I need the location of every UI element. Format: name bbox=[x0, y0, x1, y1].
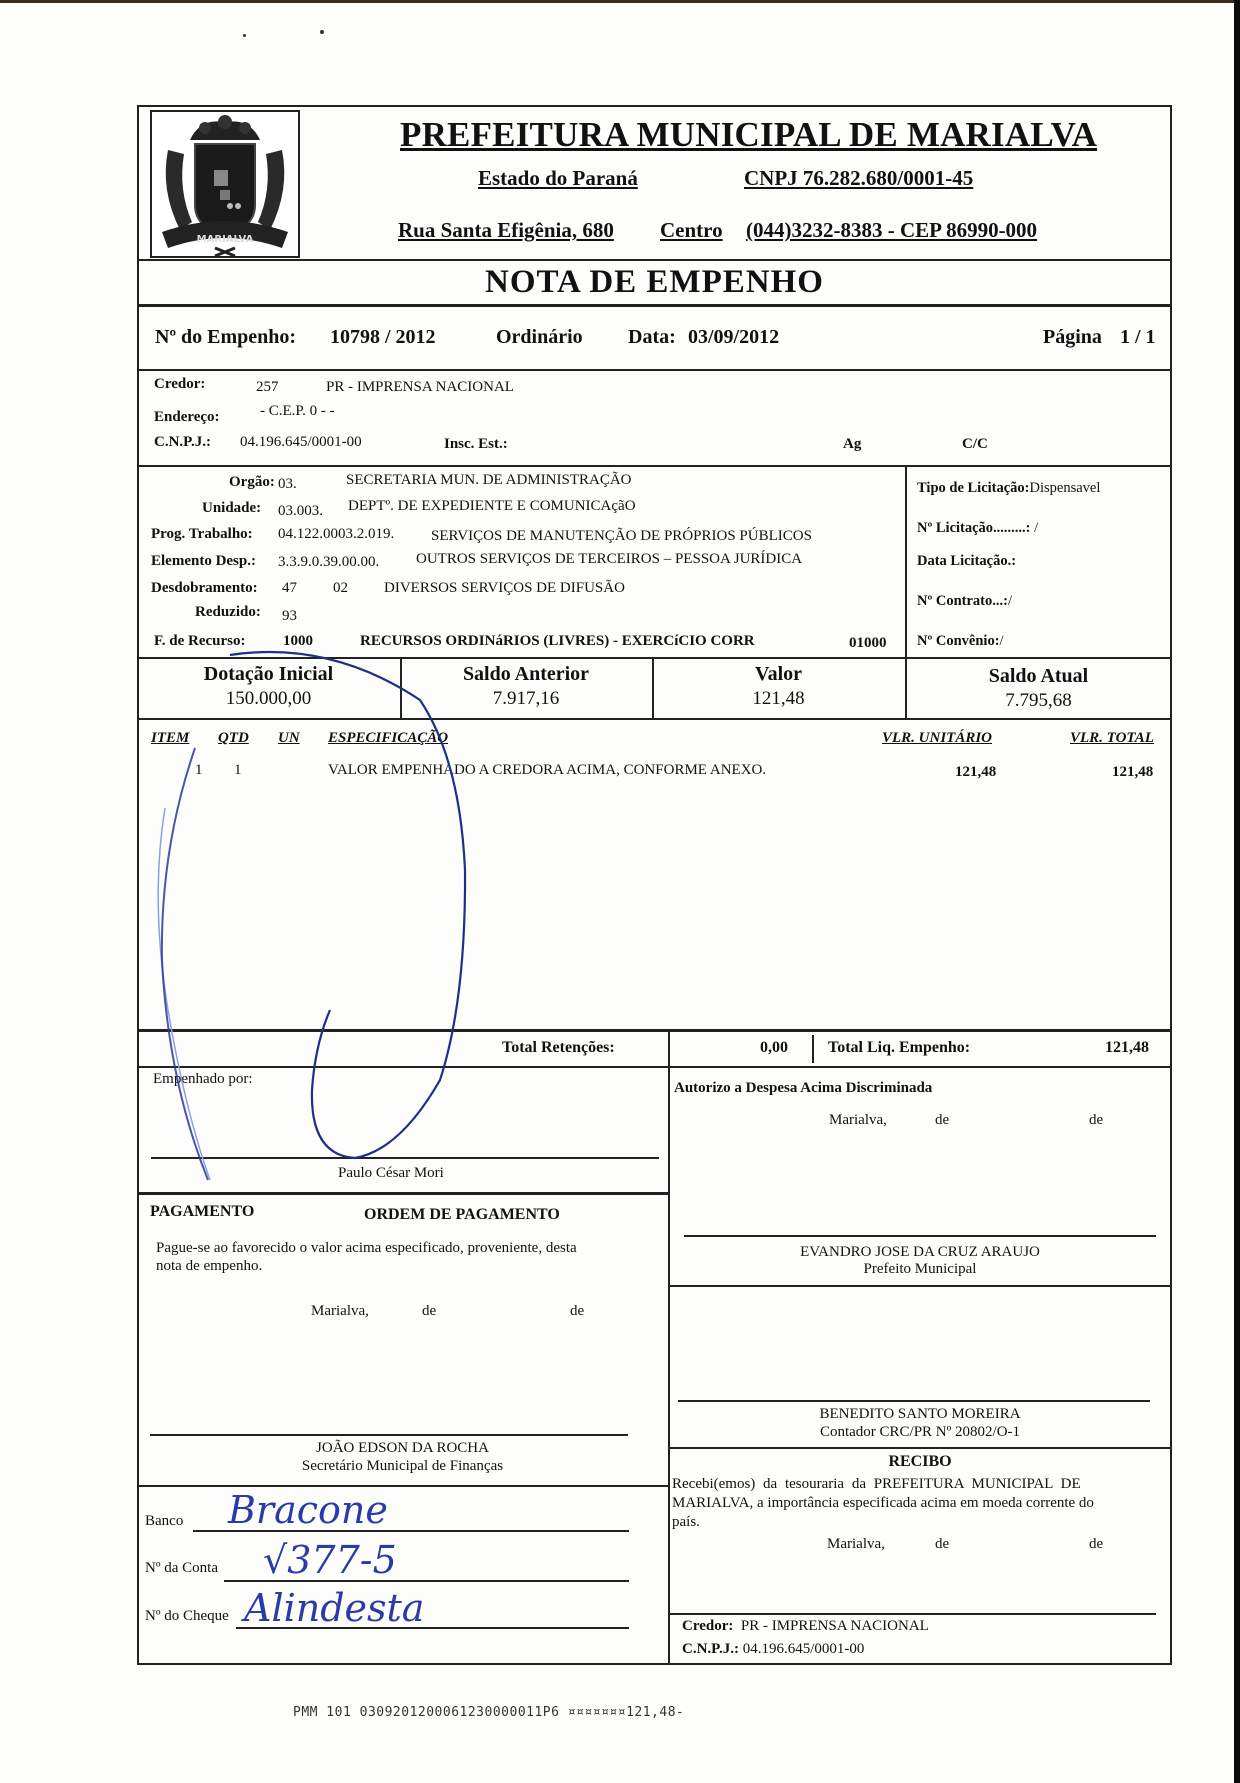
item-total-value: 121,48 bbox=[1112, 764, 1153, 781]
autorizo-label: Autorizo a Despesa Acima Discriminada bbox=[674, 1080, 932, 1097]
cc-label: C/C bbox=[962, 436, 988, 453]
fonte-recurso-code2: 01000 bbox=[849, 635, 887, 652]
elemento-label: Elemento Desp.: bbox=[151, 553, 256, 570]
divider bbox=[137, 657, 1172, 659]
credor-cnpj: 04.196.645/0001-00 bbox=[240, 434, 362, 451]
empenho-number-label: Nº do Empenho: bbox=[155, 326, 296, 349]
credor-label: Credor: bbox=[154, 376, 205, 393]
elemento-desc: OUTROS SERVIÇOS DE TERCEIROS – PESSOA JU… bbox=[416, 551, 802, 568]
signature-line bbox=[668, 1613, 1156, 1615]
tipo-licitacao-value: Dispensavel bbox=[1030, 480, 1101, 496]
signature-line bbox=[684, 1235, 1156, 1237]
scan-top-edge bbox=[0, 0, 1240, 3]
autorizo-de1: de bbox=[935, 1112, 949, 1129]
saldo-anterior-value: 7.917,16 bbox=[400, 688, 652, 710]
divider bbox=[137, 259, 1172, 261]
divider bbox=[668, 1447, 1172, 1449]
pagamento-de1: de bbox=[422, 1303, 436, 1320]
empenho-number: 10798 / 2012 bbox=[330, 326, 436, 349]
prefeito-role: Prefeito Municipal bbox=[668, 1261, 1172, 1278]
autorizo-place: Marialva, bbox=[829, 1112, 887, 1129]
saldo-anterior-label: Saldo Anterior bbox=[400, 663, 652, 686]
numero-licitacao-value: / bbox=[1034, 520, 1038, 536]
unidade-label: Unidade: bbox=[202, 500, 261, 517]
ordem-pagamento-title: ORDEM DE PAGAMENTO bbox=[364, 1206, 560, 1224]
col-vlr-total: VLR. TOTAL bbox=[1070, 730, 1154, 747]
state-label: Estado do Paraná bbox=[478, 166, 638, 191]
municipal-coat-of-arms-icon: MARIALVA bbox=[150, 110, 300, 258]
col-item: ITEM bbox=[151, 730, 189, 747]
recibo-place: Marialva, bbox=[827, 1536, 885, 1553]
recibo-credor-label: Credor: bbox=[682, 1618, 733, 1634]
recibo-cnpj-value: 04.196.645/0001-00 bbox=[743, 1641, 865, 1657]
recibo-de2: de bbox=[1089, 1536, 1103, 1553]
tipo-licitacao-label: Tipo de Licitação: bbox=[917, 480, 1030, 496]
empenhado-signer: Paulo César Mori bbox=[338, 1165, 444, 1182]
conta-label: Nº da Conta bbox=[145, 1560, 218, 1577]
pagamento-de2: de bbox=[570, 1303, 584, 1320]
credor-cnpj-label: C.N.P.J.: bbox=[154, 434, 211, 451]
conta-handwritten: √377-5 bbox=[263, 1538, 397, 1582]
item-unit-value: 121,48 bbox=[955, 764, 996, 781]
phone-cep: (044)3232-8383 - CEP 86990-000 bbox=[746, 218, 1037, 243]
total-retencoes-value: 0,00 bbox=[760, 1039, 788, 1057]
total-liquido-value: 121,48 bbox=[1105, 1039, 1149, 1057]
item-spec: VALOR EMPENHADO A CREDORA ACIMA, CONFORM… bbox=[328, 762, 766, 779]
page-number: 1 / 1 bbox=[1120, 326, 1156, 349]
divider bbox=[905, 465, 907, 658]
insc-est-label: Insc. Est.: bbox=[444, 436, 508, 453]
desdobramento-label: Desdobramento: bbox=[151, 580, 258, 597]
empenho-date-label: Data: bbox=[628, 326, 676, 349]
empenhado-por-label: Empenhado por: bbox=[153, 1071, 253, 1088]
numero-convenio: Nº Convênio:/ bbox=[917, 633, 1004, 650]
col-un: UN bbox=[278, 730, 300, 747]
valor-label: Valor bbox=[652, 663, 905, 686]
credor-code: 257 bbox=[256, 379, 279, 396]
tipo-licitacao: Tipo de Licitação:Dispensavel bbox=[917, 480, 1100, 497]
recibo-text-line1: Recebi(emos) da tesouraria da PREFEITURA… bbox=[672, 1476, 1081, 1493]
scan-speck bbox=[320, 30, 324, 34]
saldo-atual-label: Saldo Atual bbox=[905, 665, 1172, 688]
saldo-atual-value: 7.795,68 bbox=[905, 690, 1172, 712]
contador-name: BENEDITO SANTO MOREIRA bbox=[668, 1406, 1172, 1423]
orgao-desc: SECRETARIA MUN. DE ADMINISTRAÇÃO bbox=[346, 472, 631, 489]
divider bbox=[137, 465, 1172, 467]
credor-name: PR - IMPRENSA NACIONAL bbox=[326, 379, 514, 396]
total-retencoes-label: Total Retenções: bbox=[502, 1039, 615, 1057]
numero-contrato-value: / bbox=[1008, 593, 1012, 609]
recibo-text-line2: MARIALVA, a importância especificada aci… bbox=[672, 1495, 1094, 1512]
divider bbox=[137, 1485, 668, 1487]
secretario-role: Secretário Municipal de Finanças bbox=[137, 1458, 668, 1475]
col-especificacao: ESPECIFICAÇÃO bbox=[328, 730, 448, 747]
signature-line bbox=[678, 1400, 1150, 1402]
item-number: 1 bbox=[195, 762, 203, 779]
desdobramento-code2: 02 bbox=[333, 580, 348, 597]
pagamento-label: PAGAMENTO bbox=[150, 1203, 254, 1221]
cheque-handwritten: Alindesta bbox=[244, 1586, 424, 1630]
empenho-date: 03/09/2012 bbox=[688, 326, 779, 349]
prog-trabalho-label: Prog. Trabalho: bbox=[151, 526, 253, 543]
address: Rua Santa Efigênia, 680 bbox=[398, 218, 614, 243]
divider bbox=[668, 1285, 1172, 1287]
numero-contrato-label: Nº Contrato...: bbox=[917, 593, 1008, 609]
item-qtd: 1 bbox=[234, 762, 242, 779]
recibo-cnpj: C.N.P.J.: 04.196.645/0001-00 bbox=[682, 1641, 864, 1658]
pagamento-text-line2: nota de empenho. bbox=[156, 1258, 262, 1275]
district: Centro bbox=[660, 218, 723, 243]
recibo-title: RECIBO bbox=[668, 1453, 1172, 1471]
secretario-name: JOÃO EDSON DA ROCHA bbox=[137, 1440, 668, 1457]
unidade-code: 03.003. bbox=[278, 503, 323, 520]
fonte-recurso-code: 1000 bbox=[283, 633, 313, 650]
divider bbox=[137, 1029, 1172, 1032]
divider bbox=[137, 304, 1172, 307]
empenho-type: Ordinário bbox=[496, 326, 583, 349]
divider bbox=[137, 1066, 1172, 1068]
prefeito-name: EVANDRO JOSE DA CRUZ ARAUJO bbox=[668, 1244, 1172, 1261]
dotacao-inicial-value: 150.000,00 bbox=[137, 688, 400, 710]
credor-address: - C.E.P. 0 - - bbox=[260, 403, 335, 420]
fonte-recurso-label: F. de Recurso: bbox=[154, 633, 246, 650]
svg-text:MARIALVA: MARIALVA bbox=[197, 234, 254, 245]
divider bbox=[137, 718, 1172, 720]
divider bbox=[137, 369, 1172, 371]
recibo-credor: Credor: PR - IMPRENSA NACIONAL bbox=[682, 1618, 929, 1635]
banco-label: Banco bbox=[145, 1513, 183, 1530]
municipality-title: PREFEITURA MUNICIPAL DE MARIALVA bbox=[400, 115, 1097, 155]
dotacao-inicial-label: Dotação Inicial bbox=[137, 663, 400, 686]
data-licitacao-label: Data Licitação.: bbox=[917, 553, 1016, 570]
footer-print-code: PMM 101 0309201200061230000011P6 ¤¤¤¤¤¤¤… bbox=[293, 1705, 684, 1720]
pagamento-text-line1: Pague-se ao favorecido o valor acima esp… bbox=[156, 1240, 577, 1257]
municipality-cnpj: CNPJ 76.282.680/0001-45 bbox=[744, 166, 973, 191]
numero-licitacao-label: Nº Licitação.........: bbox=[917, 520, 1031, 536]
contador-role: Contador CRC/PR Nº 20802/O-1 bbox=[668, 1424, 1172, 1441]
numero-licitacao: Nº Licitação.........: / bbox=[917, 520, 1038, 537]
divider bbox=[812, 1035, 814, 1063]
desdobramento-desc: DIVERSOS SERVIÇOS DE DIFUSÃO bbox=[384, 580, 625, 597]
page-label: Página bbox=[1043, 326, 1102, 349]
valor-value: 121,48 bbox=[652, 688, 905, 710]
orgao-label: Orgão: bbox=[229, 474, 275, 491]
signature-line bbox=[151, 1157, 659, 1159]
autorizo-de2: de bbox=[1089, 1112, 1103, 1129]
prog-trabalho-desc: SERVIÇOS DE MANUTENÇÃO DE PRÓPRIOS PÚBLI… bbox=[431, 528, 812, 545]
scan-right-edge bbox=[1234, 0, 1240, 1783]
signature-line bbox=[150, 1434, 628, 1436]
divider bbox=[137, 1192, 668, 1195]
credor-address-label: Endereço: bbox=[154, 409, 220, 426]
desdobramento-code: 47 bbox=[282, 580, 297, 597]
numero-convenio-value: / bbox=[1000, 633, 1004, 649]
divider bbox=[668, 1029, 670, 1066]
col-qtd: QTD bbox=[218, 730, 249, 747]
document-title: NOTA DE EMPENHO bbox=[485, 264, 824, 301]
banco-handwritten: Bracone bbox=[228, 1488, 388, 1532]
unidade-desc: DEPTº. DE EXPEDIENTE E COMUNICAçãO bbox=[348, 498, 636, 515]
col-vlr-unitario: VLR. UNITÁRIO bbox=[882, 730, 992, 747]
ag-label: Ag bbox=[843, 436, 861, 453]
reduzido-label: Reduzido: bbox=[195, 604, 261, 621]
fonte-recurso-desc: RECURSOS ORDINáRIOS (LIVRES) - EXERCíCIO… bbox=[360, 633, 755, 650]
numero-convenio-label: Nº Convênio: bbox=[917, 633, 1000, 649]
prog-trabalho-code: 04.122.0003.2.019. bbox=[278, 526, 394, 543]
recibo-credor-value: PR - IMPRENSA NACIONAL bbox=[741, 1618, 929, 1634]
elemento-code: 3.3.9.0.39.00.00. bbox=[278, 554, 379, 571]
divider bbox=[668, 1066, 670, 1665]
recibo-text-line3: país. bbox=[672, 1514, 700, 1531]
scan-speck bbox=[243, 34, 246, 37]
cheque-label: Nº do Cheque bbox=[145, 1608, 229, 1625]
numero-contrato: Nº Contrato...:/ bbox=[917, 593, 1012, 610]
pagamento-place: Marialva, bbox=[311, 1303, 369, 1320]
orgao-code: 03. bbox=[278, 476, 297, 493]
recibo-de1: de bbox=[935, 1536, 949, 1553]
reduzido-code: 93 bbox=[282, 608, 297, 625]
total-liquido-label: Total Liq. Empenho: bbox=[828, 1039, 970, 1057]
recibo-cnpj-label: C.N.P.J.: bbox=[682, 1641, 739, 1657]
